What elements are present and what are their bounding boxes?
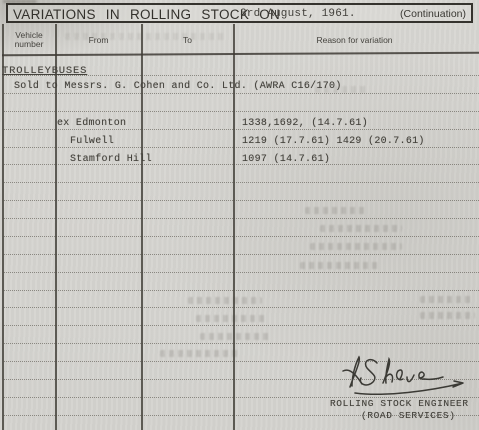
signatory-role-line1: ROLLING STOCK ENGINEER — [330, 398, 469, 409]
column-header-vehicle-number: Vehicle number — [3, 31, 55, 49]
ruled-line — [4, 93, 479, 94]
ruled-line — [4, 182, 479, 183]
bleedthrough-mark — [160, 350, 240, 357]
bleedthrough-mark — [200, 333, 270, 340]
column-header-vehicle-line2: number — [3, 40, 55, 49]
ruled-line — [4, 290, 479, 291]
table-row: Stamford Hill 1097 (14.7.61) — [0, 154, 479, 168]
ruled-line — [4, 254, 479, 255]
ruled-line — [4, 236, 479, 237]
column-header-reason: Reason for variation — [234, 36, 475, 45]
signatory-role-line2: (ROAD SERVICES) — [361, 410, 456, 421]
column-header-from: From — [56, 36, 141, 45]
report-date: 3rd August, 1961. — [240, 8, 356, 20]
cell-reason: 1338,1692, (14.7.61) — [242, 118, 368, 129]
column-header-to: To — [142, 36, 233, 45]
bleedthrough-mark — [305, 207, 365, 214]
bleedthrough-mark — [310, 243, 402, 250]
title-box: VARIATIONS IN ROLLING STOCK ON 3rd Augus… — [6, 3, 473, 23]
ruled-line — [4, 200, 479, 201]
table-border-left — [2, 24, 4, 430]
section-heading: TROLLEYBUSES — [2, 65, 87, 77]
bleedthrough-mark — [300, 262, 380, 269]
ruled-line — [4, 272, 479, 273]
continuation-label: (Continuation) — [400, 8, 466, 20]
handwritten-signature — [315, 353, 475, 401]
ruled-line — [4, 307, 479, 308]
bleedthrough-mark — [420, 312, 475, 319]
ruled-line — [4, 325, 479, 326]
cell-from: Fulwell — [70, 136, 114, 147]
ruled-line — [4, 218, 479, 219]
cell-from: Stamford Hill — [70, 154, 152, 165]
section-note: Sold to Messrs. G. Cohen and Co. Ltd. (A… — [14, 81, 342, 92]
bleedthrough-mark — [320, 225, 402, 232]
cell-reason: 1219 (17.7.61) 1429 (20.7.61) — [242, 136, 425, 147]
table-row: ex Edmonton 1338,1692, (14.7.61) — [0, 118, 479, 132]
cell-from: ex Edmonton — [57, 118, 126, 129]
table-row: Fulwell 1219 (17.7.61) 1429 (20.7.61) — [0, 136, 479, 150]
header-row-border — [2, 52, 479, 56]
cell-reason: 1097 (14.7.61) — [242, 154, 330, 165]
bleedthrough-mark — [188, 297, 262, 304]
ruled-line — [4, 343, 479, 344]
bleedthrough-mark — [420, 296, 472, 303]
ruled-line — [4, 111, 479, 112]
scanned-document-page: VARIATIONS IN ROLLING STOCK ON 3rd Augus… — [0, 0, 479, 430]
bleedthrough-mark — [196, 315, 266, 322]
